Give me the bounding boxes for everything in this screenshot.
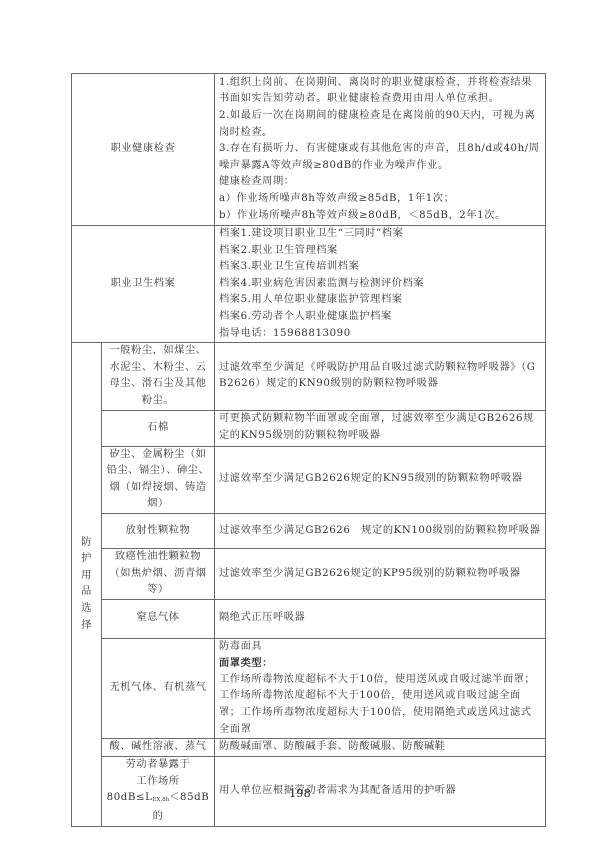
ppe-group-label: 防 护 用 品 选 择 [72, 343, 102, 826]
table-row-ppe: 酸、碱性溶液、蒸气 防酸碱面罩、防酸碱手套、防酸碱服、防酸碱鞋 [72, 739, 546, 757]
table-row-health-check: 职业健康检查 1.组织上岗前、在岗期间、离岗时的职业健康检查，并将检查结果书面如… [72, 74, 546, 226]
hazard-cell: 窒息气体 [102, 599, 215, 638]
row-label-health-check: 职业健康检查 [72, 74, 215, 226]
guidance-phone: 指导电话：15968813090 [219, 326, 541, 343]
requirement-cell: 防毒面具 面罩类型： 工作场所毒物浓度超标不大于10倍，使用送风或自吸过滤半面罩… [215, 638, 546, 739]
requirement-cell: 过滤效率至少满足《呼吸防护用品自吸过滤式防颗粒物呼吸器》（GB2626）规定的K… [215, 343, 546, 410]
archive-item: 档案5.用人单位职业健康监护管理档案 [219, 292, 541, 309]
hazard-line: 劳动者暴露于 [106, 757, 210, 774]
ppe-label-char: 品 [76, 584, 97, 601]
hazard-cell: 放射性颗粒物 [102, 513, 215, 548]
requirement-cell: 过滤效率至少满足GB2626规定的KP95级别的防颗粒物呼吸器 [215, 548, 546, 599]
hazard-cell: 矽尘、金属粉尘（如铅尘、镉尘）、砷尘、烟（如焊接烟、铸造烟） [102, 446, 215, 513]
table-row-ppe: 矽尘、金属粉尘（如铅尘、镉尘）、砷尘、烟（如焊接烟、铸造烟） 过滤效率至少满足G… [72, 446, 546, 513]
occupational-health-table: 职业健康检查 1.组织上岗前、在岗期间、离岗时的职业健康检查，并将检查结果书面如… [71, 73, 546, 827]
table-row-ppe: 石棉 可更换式防颗粒物半面罩或全面罩，过滤效率至少满足GB2626规定的KN95… [72, 410, 546, 446]
requirement-title: 防毒面具 [219, 639, 541, 656]
health-check-content: 1.组织上岗前、在岗期间、离岗时的职业健康检查，并将检查结果书面如实告知劳动者。… [215, 74, 546, 226]
requirement-cell: 防酸碱面罩、防酸碱手套、防酸碱服、防酸碱鞋 [215, 739, 546, 757]
health-check-line: a）作业场所噪声8h等效声级≥85dB，1年1次； [219, 191, 541, 208]
requirement-text: 工作场所毒物浓度超标不大于10倍，使用送风或自吸过滤半面罩；工作场所毒物浓度超标… [219, 672, 541, 738]
archive-item: 档案2.职业卫生管理档案 [219, 243, 541, 260]
hazard-cell: 无机气体、有机蒸气 [102, 638, 215, 739]
table-row-ppe: 窒息气体 隔绝式正压呼吸器 [72, 599, 546, 638]
requirement-cell: 过滤效率至少满足GB2626规定的KN95级别的防颗粒物呼吸器 [215, 446, 546, 513]
requirement-subtitle: 面罩类型： [219, 655, 541, 672]
table-row-ppe: 无机气体、有机蒸气 防毒面具 面罩类型： 工作场所毒物浓度超标不大于10倍，使用… [72, 638, 546, 739]
hazard-cell: 酸、碱性溶液、蒸气 [102, 739, 215, 757]
page-number: 198 [0, 787, 600, 800]
requirement-cell: 可更换式防颗粒物半面罩或全面罩，过滤效率至少满足GB2626规定的KN95级别的… [215, 410, 546, 446]
health-check-line: b）作业场所噪声8h等效声级≥80dB，＜85dB，2年1次。 [219, 208, 541, 225]
document-page: 职业健康检查 1.组织上岗前、在岗期间、离岗时的职业健康检查，并将检查结果书面如… [0, 0, 600, 848]
table-row-ppe: 防 护 用 品 选 择 一般粉尘，如煤尘、水泥尘、木粉尘、云母尘、滑石尘及其他粉… [72, 343, 546, 410]
health-check-line: 3.存在有损听力、有害健康或有其他危害的声音，且8h/d或40h/周噪声暴露A等… [219, 141, 541, 174]
table-row-ppe: 致癌性油性颗粒物（如焦炉烟、沥青烟等） 过滤效率至少满足GB2626规定的KP9… [72, 548, 546, 599]
archive-item: 档案3.职业卫生宣传培训档案 [219, 259, 541, 276]
table-row-ppe: 放射性颗粒物 过滤效率至少满足GB2626 规定的KN100级别的防颗粒物呼吸器 [72, 513, 546, 548]
hygiene-archive-content: 档案1.建设项目职业卫生“三同时”档案 档案2.职业卫生管理档案 档案3.职业卫… [215, 226, 546, 343]
archive-item: 档案6.劳动者个人职业健康监护档案 [219, 309, 541, 326]
requirement-cell: 隔绝式正压呼吸器 [215, 599, 546, 638]
row-label-hygiene-archive: 职业卫生档案 [72, 226, 215, 343]
ppe-label-char: 防 [76, 535, 97, 552]
health-check-line: 2.如最后一次在岗期间的健康检查是在离岗前的90天内，可视为离岗时检查。 [219, 108, 541, 141]
archive-item: 档案4.职业病危害因素监测与检测评价档案 [219, 276, 541, 293]
table-row-hygiene-archive: 职业卫生档案 档案1.建设项目职业卫生“三同时”档案 档案2.职业卫生管理档案 … [72, 226, 546, 343]
ppe-label-char: 选 [76, 601, 97, 618]
ppe-label-char: 择 [76, 618, 97, 635]
requirement-cell: 过滤效率至少满足GB2626 规定的KN100级别的防颗粒物呼吸器 [215, 513, 546, 548]
health-check-line: 健康检查周期： [219, 174, 541, 191]
ppe-label-char: 用 [76, 568, 97, 585]
health-check-line: 1.组织上岗前、在岗期间、离岗时的职业健康检查，并将检查结果书面如实告知劳动者。… [219, 75, 541, 108]
hazard-cell: 一般粉尘，如煤尘、水泥尘、木粉尘、云母尘、滑石尘及其他粉尘。 [102, 343, 215, 410]
archive-item: 档案1.建设项目职业卫生“三同时”档案 [219, 226, 541, 243]
hazard-cell: 致癌性油性颗粒物（如焦炉烟、沥青烟等） [102, 548, 215, 599]
ppe-label-char: 护 [76, 551, 97, 568]
hazard-cell: 石棉 [102, 410, 215, 446]
